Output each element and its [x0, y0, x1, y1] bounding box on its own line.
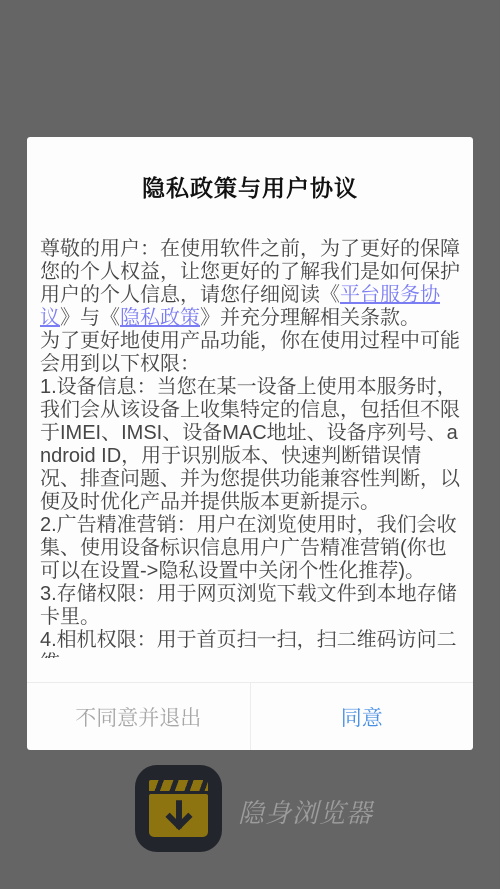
- agree-button[interactable]: 同意: [251, 683, 474, 750]
- policy-text: 2.广告精准营销：用户在浏览使用时，我们会收集、使用设备标识信息用户广告精准营销…: [40, 514, 457, 582]
- policy-paragraph: 尊敬的用户：在使用软件之前，为了更好的保障您的个人权益，让您更好的了解我们是如何…: [40, 238, 460, 330]
- privacy-policy-dialog: 隐私政策与用户协议 尊敬的用户：在使用软件之前，为了更好的保障您的个人权益，让您…: [27, 137, 473, 750]
- policy-text: 4.相机权限：用于首页扫一扫，扫二维码访问二维: [40, 629, 457, 658]
- policy-text: 》与《: [60, 307, 120, 329]
- dialog-title: 隐私政策与用户协议: [27, 170, 473, 203]
- clapperboard-download-icon: [135, 765, 222, 852]
- policy-text: 》并充分理解相关条款。: [200, 307, 420, 329]
- policy-paragraph: 1.设备信息：当您在某一设备上使用本服务时，我们会从该设备上收集特定的信息，包括…: [40, 376, 460, 514]
- download-arrow-icon: [161, 799, 197, 833]
- policy-text: 为了更好地使用产品功能，你在使用过程中可能会用到以下权限：: [40, 330, 460, 375]
- clapper-stripes: [149, 780, 208, 791]
- policy-text: 3.存储权限：用于网页浏览下载文件到本地存储卡里。: [40, 583, 457, 628]
- policy-text: 1.设备信息：当您在某一设备上使用本服务时，我们会从该设备上收集特定的信息，包括…: [40, 376, 460, 513]
- policy-paragraph: 4.相机权限：用于首页扫一扫，扫二维码访问二维: [40, 629, 460, 658]
- policy-paragraph: 2.广告精准营销：用户在浏览使用时，我们会收集、使用设备标识信息用户广告精准营销…: [40, 514, 460, 583]
- decline-exit-button[interactable]: 不同意并退出: [27, 683, 251, 750]
- app-name-label: 隐身浏览器: [238, 793, 373, 830]
- clapper-body: [149, 794, 208, 837]
- dialog-footer: 不同意并退出 同意: [27, 682, 473, 750]
- policy-paragraph: 3.存储权限：用于网页浏览下载文件到本地存储卡里。: [40, 583, 460, 629]
- dimmed-screen: 隐私政策与用户协议 尊敬的用户：在使用软件之前，为了更好的保障您的个人权益，让您…: [0, 0, 500, 889]
- policy-scroll-area[interactable]: 尊敬的用户：在使用软件之前，为了更好的保障您的个人权益，让您更好的了解我们是如何…: [40, 238, 460, 658]
- agreement-link[interactable]: 隐私政策: [120, 307, 200, 329]
- policy-paragraph: 为了更好地使用产品功能，你在使用过程中可能会用到以下权限：: [40, 330, 460, 376]
